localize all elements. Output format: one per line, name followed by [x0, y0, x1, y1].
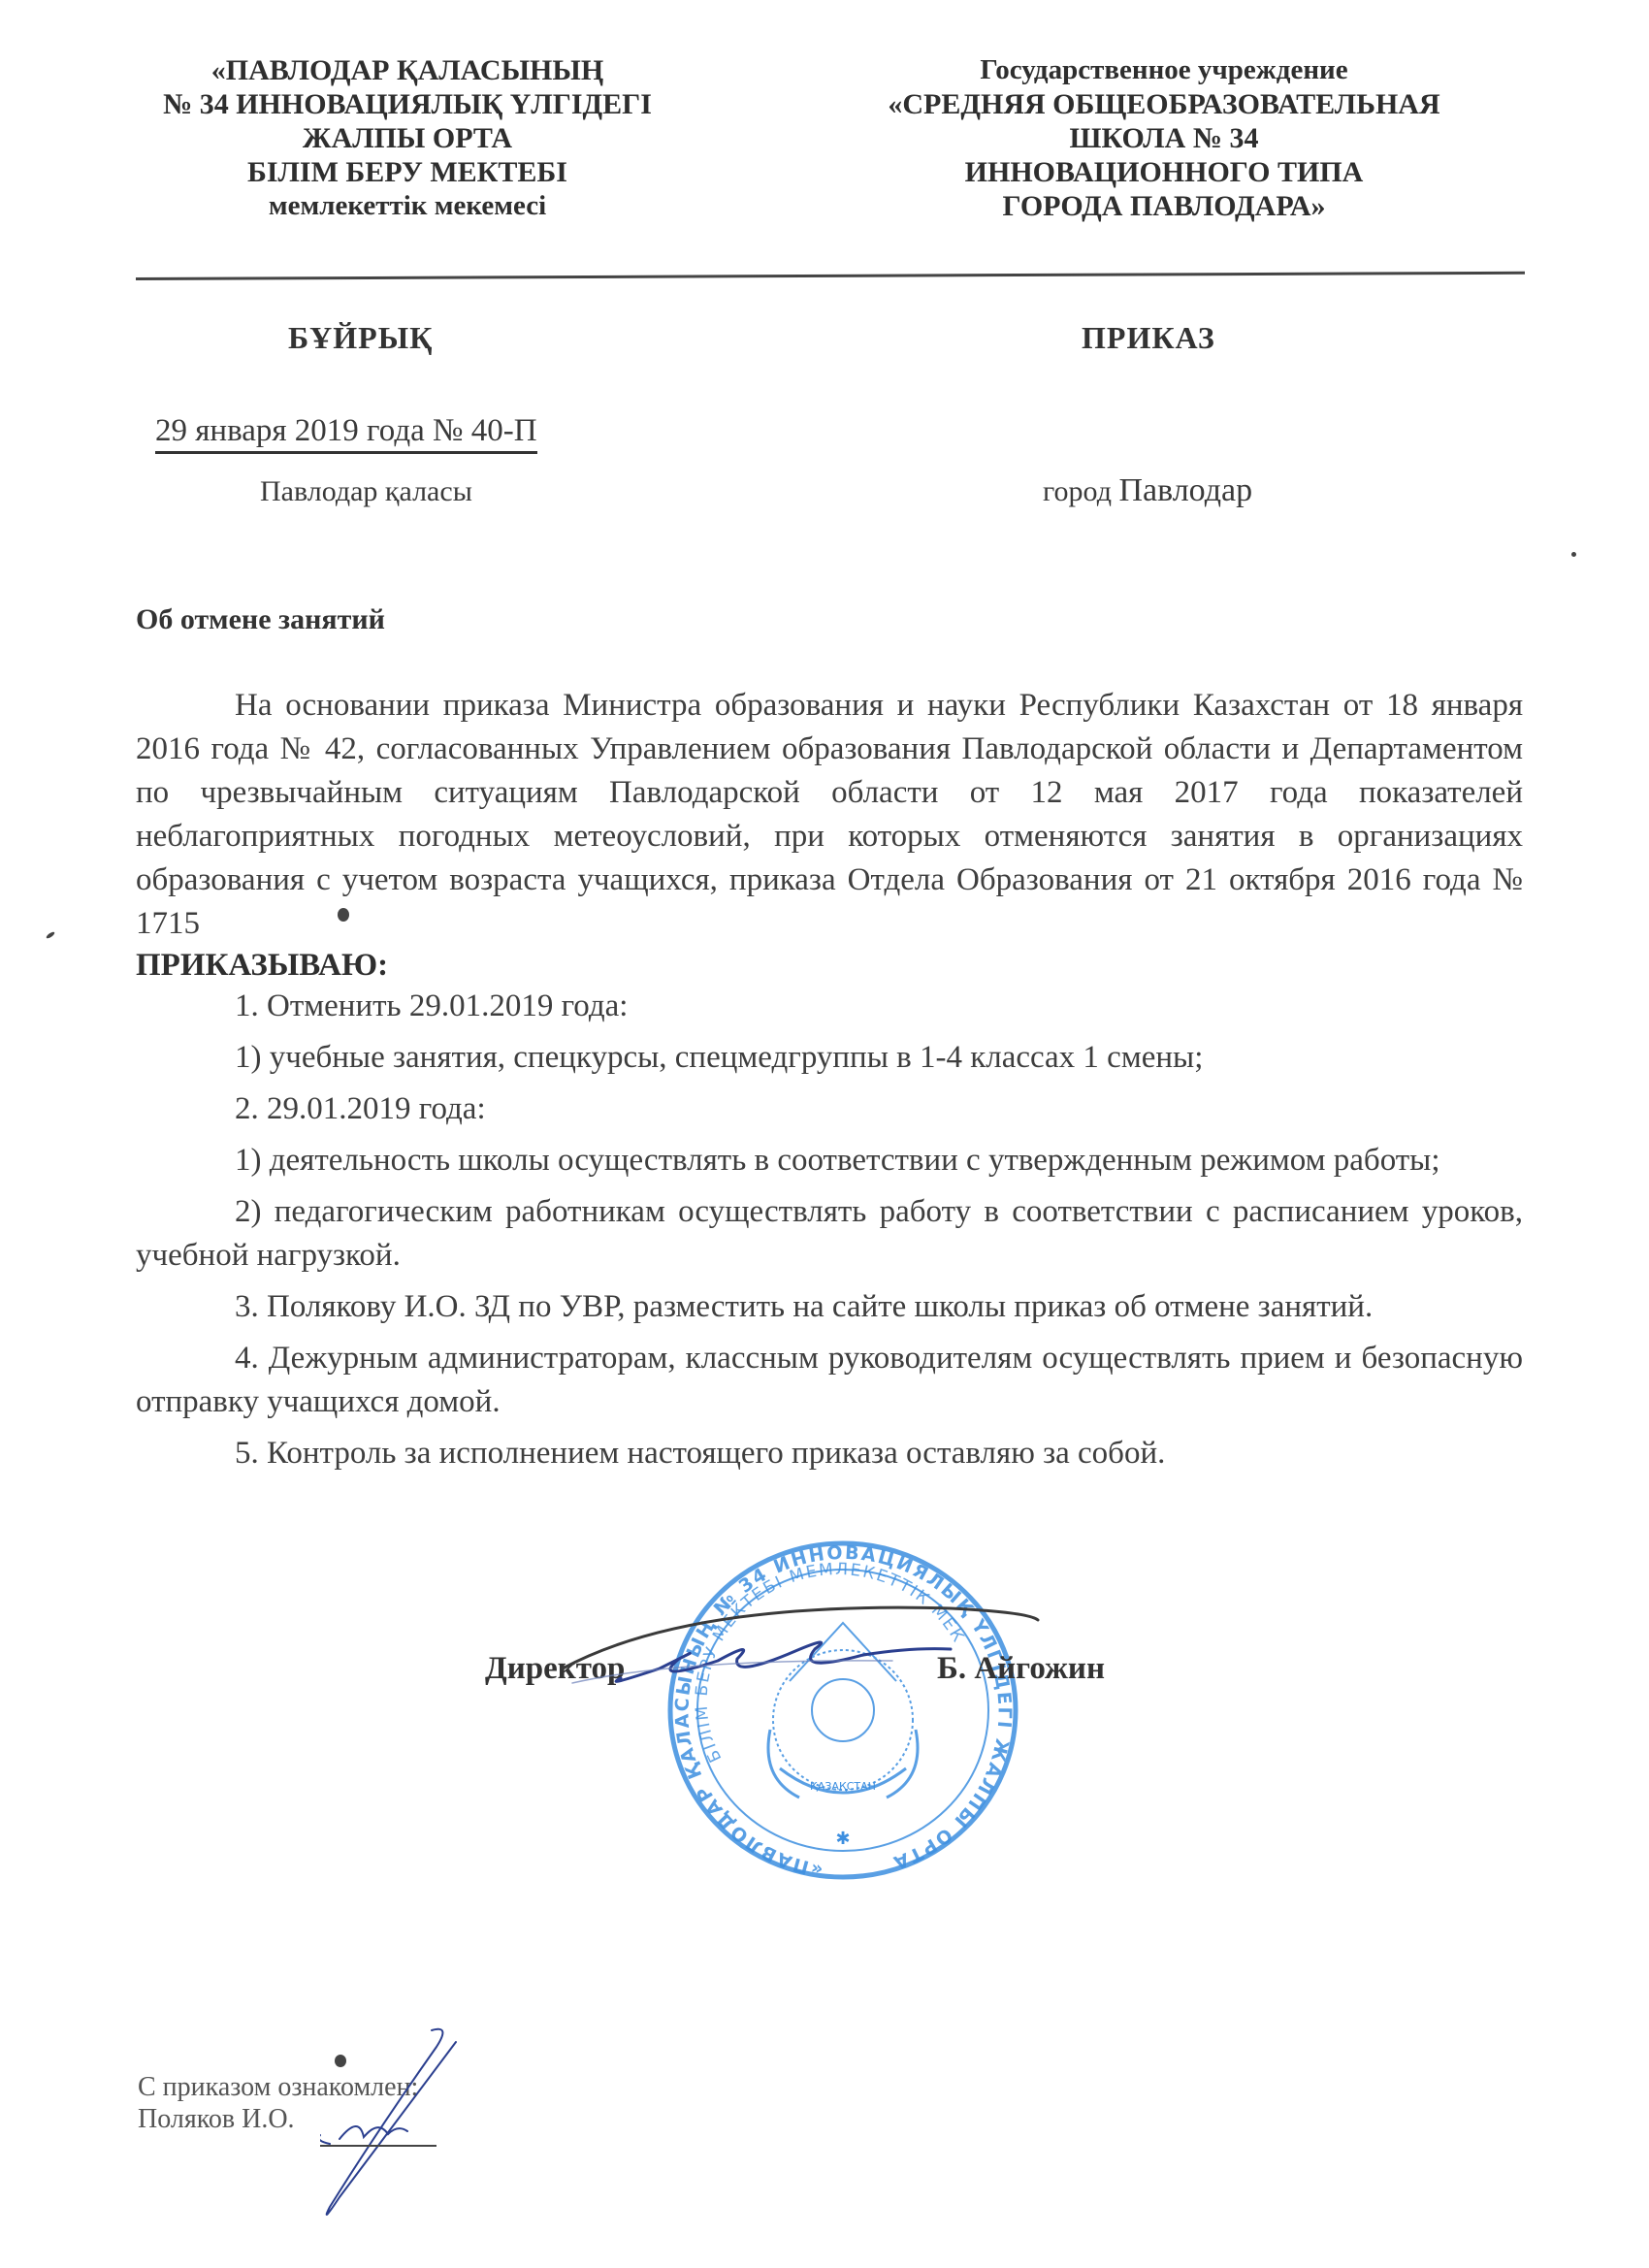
order-date-number: 29 января 2019 года № 40-П [155, 412, 537, 454]
decree-word: ПРИКАЗЫВАЮ: [136, 946, 1523, 985]
header-russian-line: Государственное учреждение [844, 53, 1484, 87]
scan-speck [1571, 552, 1576, 557]
order-item: 2. 29.01.2019 года: [136, 1087, 1523, 1131]
header-russian-line: ГОРОДА ПАВЛОДАРА» [844, 189, 1484, 223]
order-item: 4. Дежурным администраторам, классным ру… [136, 1337, 1523, 1424]
order-item: 1) деятельность школы осуществлять в соо… [136, 1139, 1523, 1183]
preamble: На основании приказа Министра образовани… [136, 684, 1523, 946]
acknowledgement-signature [320, 2023, 485, 2236]
order-body: На основании приказа Министра образовани… [136, 684, 1523, 1475]
order-subject: Об отмене занятий [136, 603, 385, 636]
header-kazakh-line: «ПАВЛОДАР ҚАЛАСЫНЫҢ [136, 53, 679, 87]
city-kazakh: Павлодар қаласы [260, 475, 472, 508]
document-title-russian: ПРИКАЗ [1082, 320, 1215, 356]
city-russian-name: Павлодар [1118, 472, 1252, 508]
header-kazakh-line: ЖАЛПЫ ОРТА [136, 121, 679, 155]
header-divider [136, 272, 1525, 280]
header-russian-line: ИННОВАЦИОННОГО ТИПА [844, 155, 1484, 189]
scan-speck [46, 930, 55, 939]
city-russian: город Павлодар [1043, 472, 1252, 509]
header-kazakh: «ПАВЛОДАР ҚАЛАСЫНЫҢ № 34 ИННОВАЦИЯЛЫҚ ҮЛ… [136, 53, 679, 223]
header-russian-line: «СРЕДНЯЯ ОБЩЕОБРАЗОВАТЕЛЬНАЯ [844, 87, 1484, 121]
scan-speck [335, 2055, 346, 2067]
header-kazakh-line: БІЛІМ БЕРУ МЕКТЕБІ [136, 155, 679, 189]
header-kazakh-line: № 34 ИННОВАЦИЯЛЫҚ ҮЛГІДЕГІ [136, 87, 679, 121]
stamp-emblem-text: ҚАЗАҚСТАН [810, 1780, 876, 1793]
director-handwritten-signature [543, 1591, 1048, 1698]
document-title-kazakh: БҰЙРЫҚ [288, 320, 433, 356]
order-item: 1. Отменить 29.01.2019 года: [136, 985, 1523, 1028]
official-stamp: «ПАВЛОДАР ҚАЛАСЫНЫҢ № 34 ИННОВАЦИЯЛЫҚ ҮЛ… [663, 1536, 1022, 1885]
scan-speck [338, 908, 349, 922]
city-russian-prefix: город [1043, 475, 1118, 507]
order-item: 3. Полякову И.О. ЗД по УВР, разместить н… [136, 1285, 1523, 1329]
header-kazakh-line: мемлекеттік мекемесі [136, 189, 679, 223]
header-russian-line: ШКОЛА № 34 [844, 121, 1484, 155]
order-item: 2) педагогическим работникам осуществлят… [136, 1190, 1523, 1278]
header-russian: Государственное учреждение «СРЕДНЯЯ ОБЩЕ… [844, 53, 1484, 223]
order-item: 5. Контроль за исполнением настоящего пр… [136, 1432, 1523, 1475]
order-item: 1) учебные занятия, спецкурсы, спецмедгр… [136, 1036, 1523, 1080]
svg-text:✱: ✱ [835, 1829, 850, 1848]
